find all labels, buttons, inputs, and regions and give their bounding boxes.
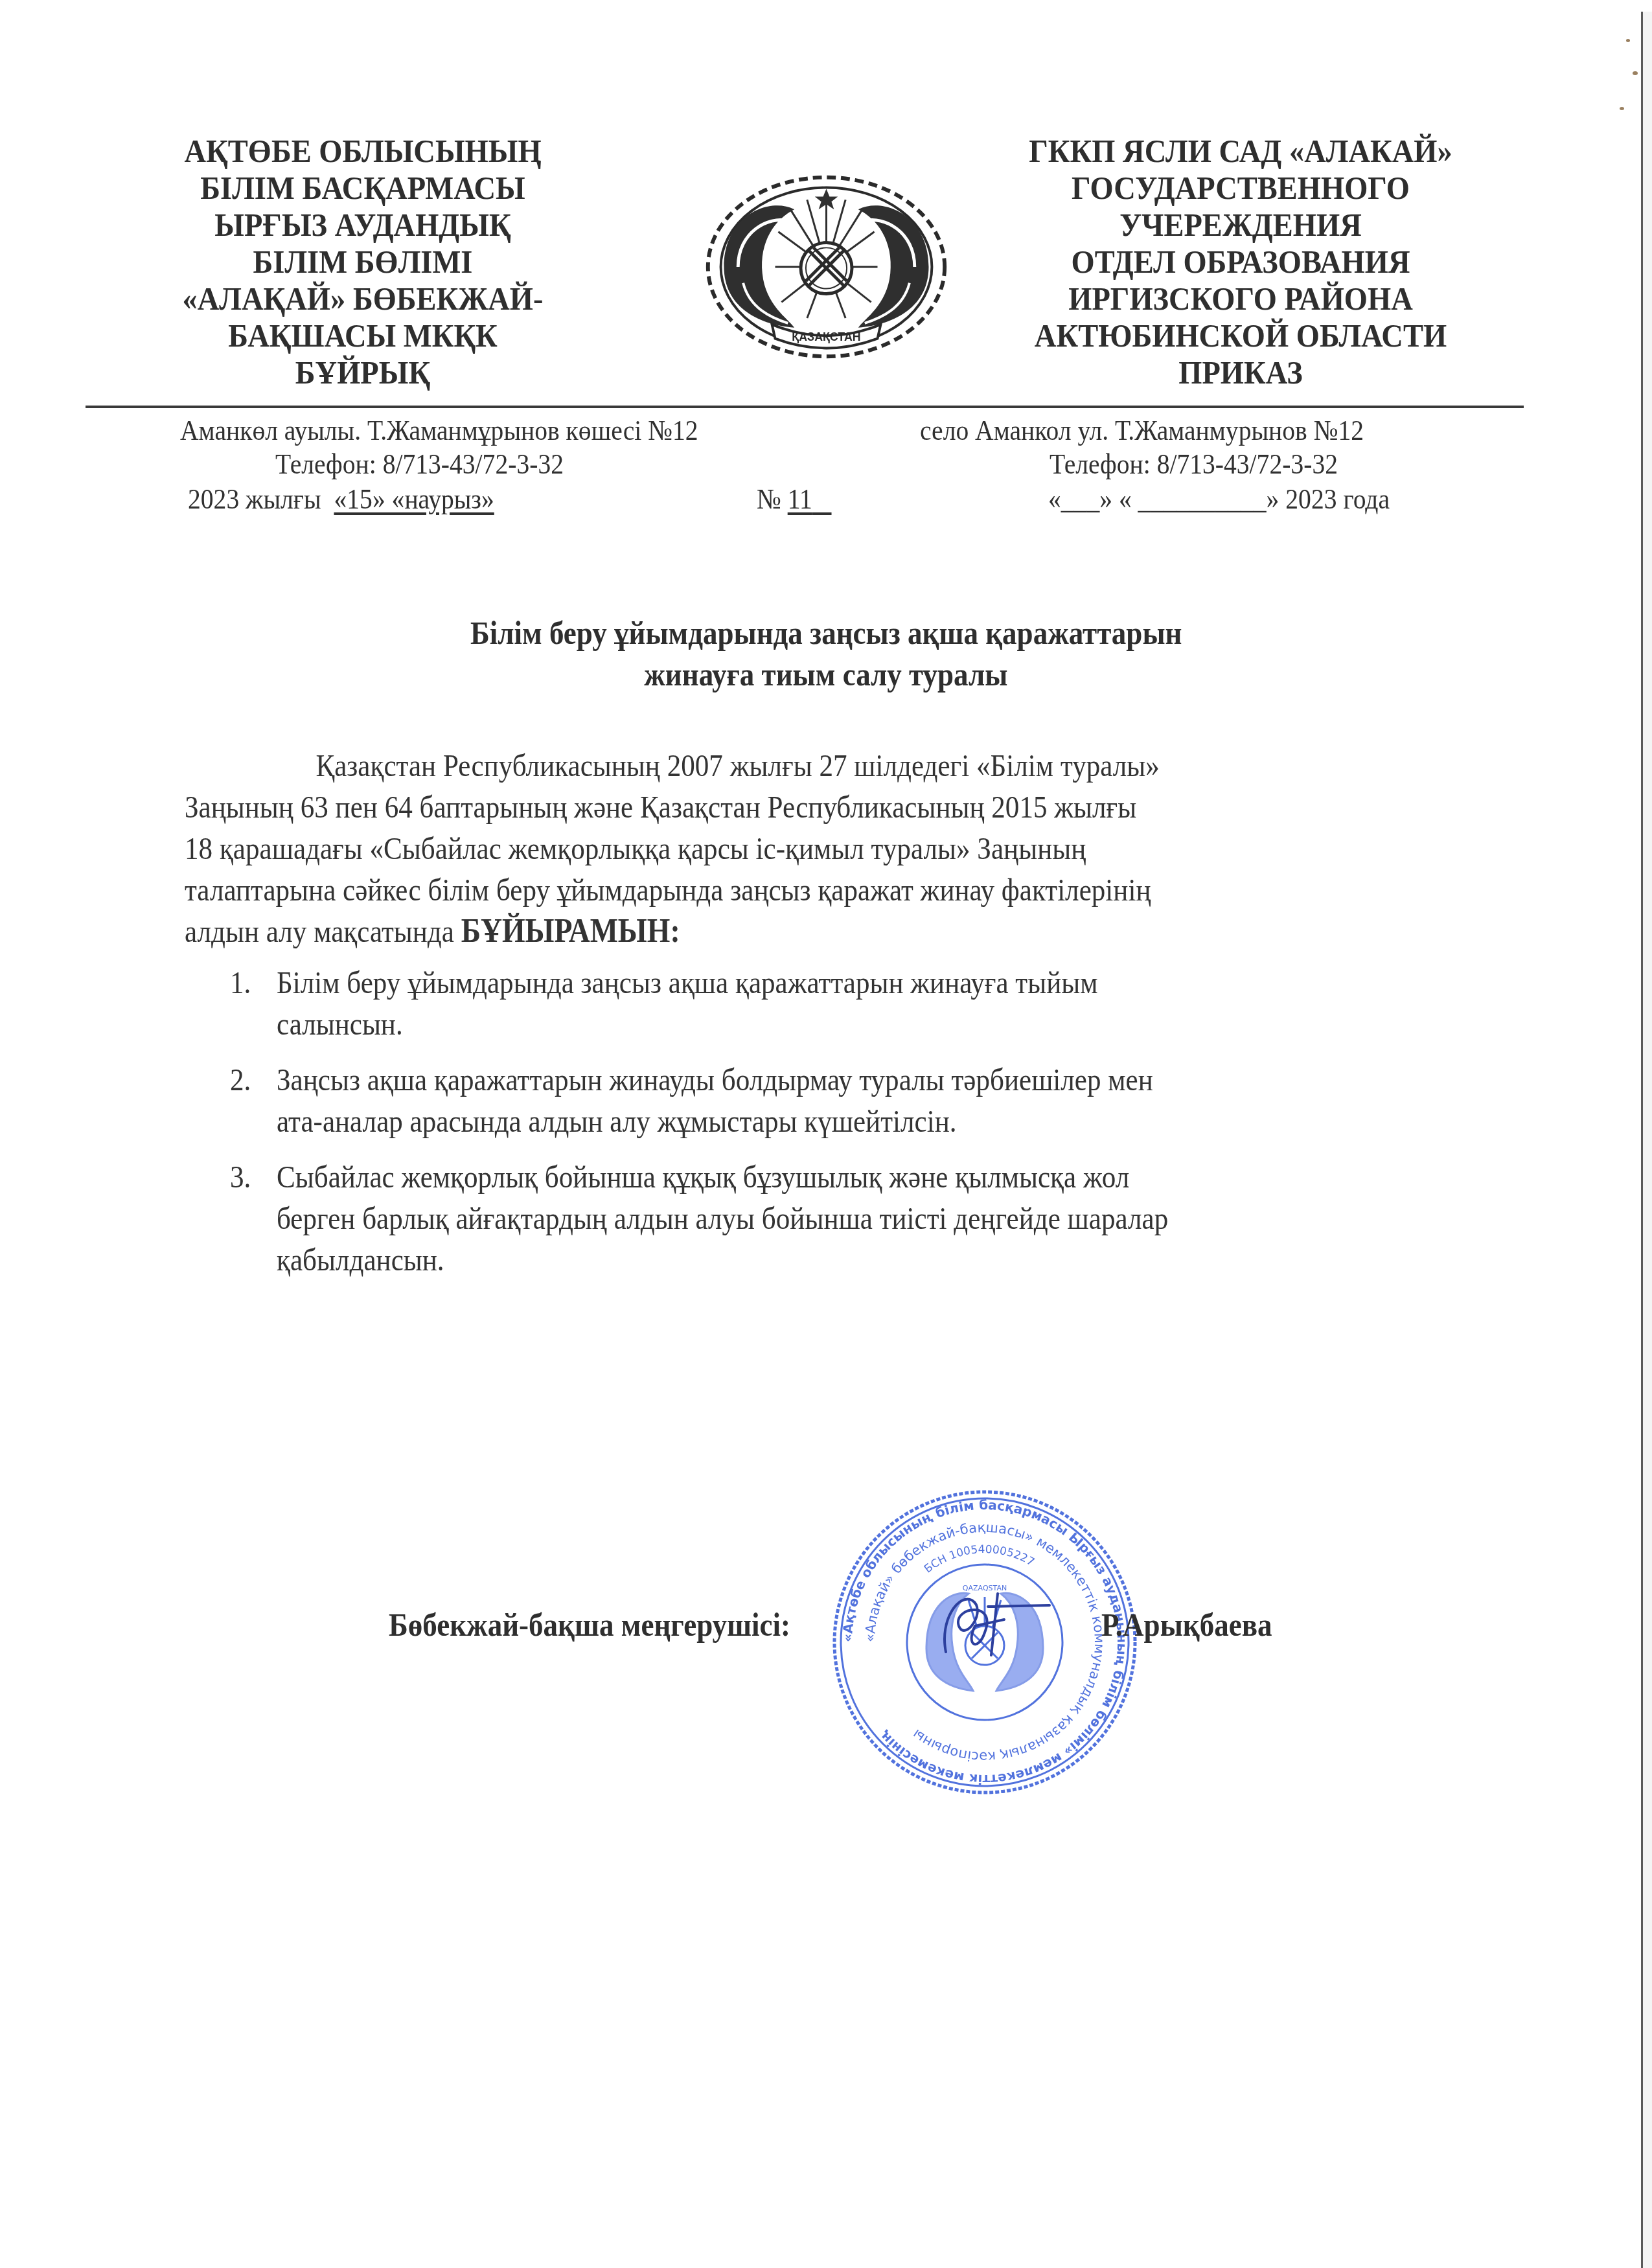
signatory-name: Р.Арықбаева <box>1101 1605 1272 1644</box>
scan-page-edge <box>1641 12 1652 2268</box>
order-item-line: Білім беру ұйымдарында заңсыз ақша қараж… <box>277 962 1376 1003</box>
address-right-phone: Телефон: 8/713-43/72-3-32 <box>1050 448 1338 481</box>
signatory-position: Бөбекжай-бақша меңгерушісі: <box>389 1605 790 1644</box>
address-right-date: «___» « __________» 2023 года <box>1048 483 1390 516</box>
header-divider <box>86 406 1524 408</box>
preamble-line: 18 қарашадағы «Сыбайлас жемқорлыққа қарс… <box>185 828 1359 869</box>
header-kazakh: АҚТӨБЕ ОБЛЫСЫНЫҢ БІЛІМ БАСҚАРМАСЫ ЫРҒЫЗ … <box>143 133 583 391</box>
order-item-line: салынсын. <box>277 1003 1376 1045</box>
order-items-list: 1. Білім беру ұйымдарында заңсыз ақша қа… <box>230 962 1526 1295</box>
address-left-phone: Телефон: 8/713-43/72-3-32 <box>275 448 564 481</box>
handwritten-signature-icon <box>926 1581 1056 1665</box>
header-left-doc-type: БҰЙРЫҚ <box>143 354 583 391</box>
order-item-number: 1. <box>230 962 251 1003</box>
order-item-number: 3. <box>230 1156 251 1198</box>
header-left-line: АҚТӨБЕ ОБЛЫСЫНЫҢ <box>143 133 583 170</box>
preamble-last-text: алдын алу мақсатында <box>185 913 454 949</box>
scan-speck <box>1620 107 1624 110</box>
header-left-line: БАҚШАСЫ МКҚК <box>143 317 583 354</box>
order-item-number: 2. <box>230 1059 251 1101</box>
order-number: № 11 <box>757 483 832 516</box>
svg-text:ҚАЗАҚСТАН: ҚАЗАҚСТАН <box>792 330 860 343</box>
header-right-line: ГОСУДАРСТВЕННОГО <box>991 170 1491 207</box>
preamble-last-line: алдын алу мақсатында БҰЙЫРАМЫН: <box>185 911 1359 952</box>
order-title: Білім беру ұйымдарында заңсыз ақша қараж… <box>0 612 1652 695</box>
svg-text:БСН 100540005227: БСН 100540005227 <box>922 1543 1037 1576</box>
header-right-line: УЧЕРЕЖДЕНИЯ <box>991 207 1491 244</box>
order-item-line: ата-аналар арасында алдын алу жұмыстары … <box>277 1101 1376 1142</box>
order-item-3: 3. Сыбайлас жемқорлық бойынша құқық бұзу… <box>230 1156 1526 1281</box>
preamble-line: Заңының 63 пен 64 баптарының және Қазақс… <box>185 786 1359 828</box>
order-item-line: қабылдансын. <box>277 1239 1376 1281</box>
order-directive-word: БҰЙЫРАМЫН: <box>461 913 680 950</box>
header-left-line: БІЛІМ БАСҚАРМАСЫ <box>143 170 583 207</box>
header-left-line: ЫРҒЫЗ АУДАНДЫҚ <box>143 207 583 244</box>
date-prefix: 2023 жылғы <box>188 483 321 515</box>
order-title-line-2: жинауға тиым салу туралы <box>644 654 1007 695</box>
header-right-doc-type: ПРИКАЗ <box>991 354 1491 391</box>
header-right-line: ОТДЕЛ ОБРАЗОВАНИЯ <box>991 244 1491 281</box>
header-right-line: ИРГИЗСКОГО РАЙОНА <box>991 281 1491 317</box>
order-preamble: Қазақстан Республикасының 2007 жылғы 27 … <box>185 745 1519 952</box>
order-item-1: 1. Білім беру ұйымдарында заңсыз ақша қа… <box>230 962 1526 1045</box>
order-item-2: 2. Заңсыз ақша қаражаттарын жинауды болд… <box>230 1059 1526 1142</box>
header-right-line: АКТЮБИНСКОЙ ОБЛАСТИ <box>991 317 1491 354</box>
address-left-street: Аманкөл ауылы. Т.Жаманмұрынов көшесі №12 <box>180 415 698 447</box>
order-item-line: берген барлық айғақтардың алдын алуы бой… <box>277 1198 1376 1239</box>
address-left-date: 2023 жылғы «15» «наурыз» <box>188 483 494 516</box>
header-left-line: БІЛІМ БӨЛІМІ <box>143 244 583 281</box>
kazakhstan-state-emblem-icon: ҚАЗАҚСТАН <box>698 170 954 364</box>
order-item-line: Заңсыз ақша қаражаттарын жинауды болдырм… <box>277 1059 1376 1101</box>
date-value: «15» «наурыз» <box>334 483 494 515</box>
header-russian: ГККП ЯСЛИ САД «АЛАКАЙ» ГОСУДАРСТВЕННОГО … <box>991 133 1491 391</box>
preamble-line: Қазақстан Республикасының 2007 жылғы 27 … <box>185 745 1359 786</box>
order-number-prefix: № <box>757 483 781 515</box>
address-right-street: село Аманкол ул. Т.Жаманмурынов №12 <box>920 415 1364 447</box>
scan-speck <box>1633 71 1638 75</box>
header-right-line: ГККП ЯСЛИ САД «АЛАКАЙ» <box>991 133 1491 170</box>
order-title-line-1: Білім беру ұйымдарында заңсыз ақша қараж… <box>470 612 1182 654</box>
header-left-line: «АЛАҚАЙ» БӨБЕКЖАЙ- <box>143 281 583 317</box>
order-number-value: 11 <box>788 483 812 515</box>
scan-speck <box>1626 39 1630 42</box>
order-item-line: Сыбайлас жемқорлық бойынша құқық бұзушыл… <box>277 1156 1376 1198</box>
preamble-line: талаптарына сәйкес білім беру ұйымдарынд… <box>185 869 1359 911</box>
